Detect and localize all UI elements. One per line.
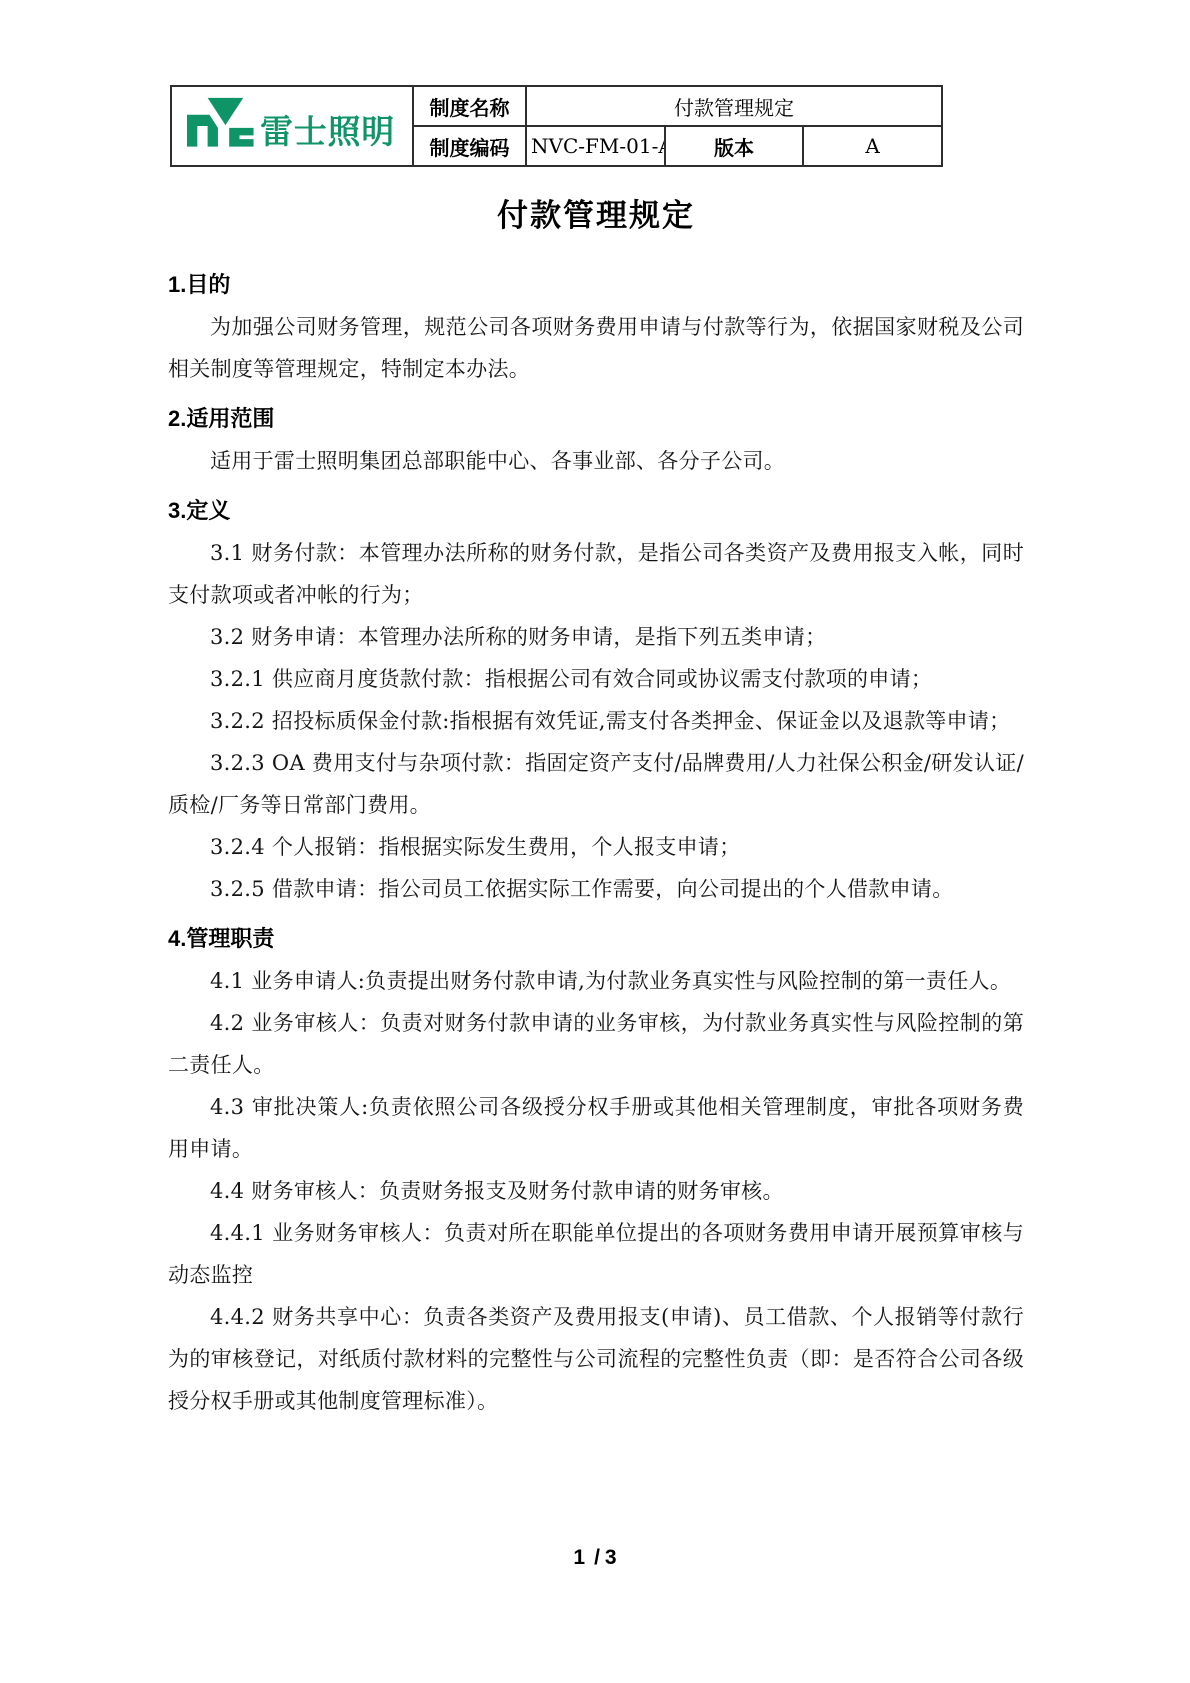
section-heading: 2.适用范围 (168, 398, 1024, 440)
section-heading: 3.定义 (168, 490, 1024, 532)
body-paragraph: 4.4.1 业务财务审核人：负责对所在职能单位提出的各项财务费用申请开展预算审核… (168, 1212, 1024, 1296)
doc-code-label: 制度编码 (413, 126, 526, 166)
section-heading: 4.管理职责 (168, 918, 1024, 960)
doc-name-label: 制度名称 (413, 86, 526, 126)
nvc-logo-icon: 雷士照明 (184, 96, 400, 156)
doc-version-value: A (803, 126, 942, 166)
document-page: 雷士照明 制度名称 付款管理规定 制度编码 NVC-FM-01-A-2023 版… (0, 0, 1190, 1683)
body-paragraph: 为加强公司财务管理，规范公司各项财务费用申请与付款等行为，依据国家财税及公司相关… (168, 306, 1024, 390)
body-paragraph: 3.2.3 OA 费用支付与杂项付款：指固定资产支付/品牌费用/人力社保公积金/… (168, 742, 1024, 826)
page-number-current: 1 (573, 1546, 585, 1569)
page-footer: 1/3 (0, 1546, 1190, 1570)
logo-cell: 雷士照明 (171, 86, 413, 166)
section-definitions: 3.定义 3.1 财务付款：本管理办法所称的财务付款，是指公司各类资产及费用报支… (168, 490, 1024, 910)
body-paragraph: 3.2.2 招投标质保金付款:指根据有效凭证,需支付各类押金、保证金以及退款等申… (168, 700, 1024, 742)
body-paragraph: 4.3 审批决策人:负责依照公司各级授分权手册或其他相关管理制度，审批各项财务费… (168, 1086, 1024, 1170)
nvc-logo: 雷士照明 (176, 96, 408, 156)
body-paragraph: 4.4 财务审核人：负责财务报支及财务付款申请的财务审核。 (168, 1170, 1024, 1212)
body-paragraph: 3.2.5 借款申请：指公司员工依据实际工作需要，向公司提出的个人借款申请。 (168, 868, 1024, 910)
page-number-separator: / (594, 1546, 600, 1569)
body-paragraph: 3.1 财务付款：本管理办法所称的财务付款，是指公司各类资产及费用报支入帐，同时… (168, 532, 1024, 616)
body-paragraph: 4.2 业务审核人：负责对财务付款申请的业务审核，为付款业务真实性与风险控制的第… (168, 1002, 1024, 1086)
body-paragraph: 3.2 财务申请：本管理办法所称的财务申请，是指下列五类申请； (168, 616, 1024, 658)
body-paragraph: 3.2.4 个人报销：指根据实际发生费用，个人报支申请； (168, 826, 1024, 868)
doc-code-value: NVC-FM-01-A-2023 (526, 126, 665, 166)
section-responsibilities: 4.管理职责 4.1 业务申请人:负责提出财务付款申请,为付款业务真实性与风险控… (168, 918, 1024, 1422)
document-title: 付款管理规定 (168, 196, 1024, 236)
body-paragraph: 适用于雷士照明集团总部职能中心、各事业部、各分子公司。 (168, 440, 1024, 482)
section-purpose: 1.目的 为加强公司财务管理，规范公司各项财务费用申请与付款等行为，依据国家财税… (168, 264, 1024, 390)
header-info-table: 雷士照明 制度名称 付款管理规定 制度编码 NVC-FM-01-A-2023 版… (170, 85, 943, 167)
doc-version-label: 版本 (665, 126, 804, 166)
page-number-total: 3 (605, 1546, 617, 1569)
section-scope: 2.适用范围 适用于雷士照明集团总部职能中心、各事业部、各分子公司。 (168, 398, 1024, 482)
document-content: 付款管理规定 1.目的 为加强公司财务管理，规范公司各项财务费用申请与付款等行为… (168, 196, 1024, 1422)
body-paragraph: 4.4.2 财务共享中心：负责各类资产及费用报支(申请)、员工借款、个人报销等付… (168, 1296, 1024, 1422)
doc-name-value: 付款管理规定 (526, 86, 942, 126)
body-paragraph: 3.2.1 供应商月度货款付款：指根据公司有效合同或协议需支付款项的申请； (168, 658, 1024, 700)
body-paragraph: 4.1 业务申请人:负责提出财务付款申请,为付款业务真实性与风险控制的第一责任人… (168, 960, 1024, 1002)
section-heading: 1.目的 (168, 264, 1024, 306)
svg-text:雷士照明: 雷士照明 (260, 113, 395, 150)
